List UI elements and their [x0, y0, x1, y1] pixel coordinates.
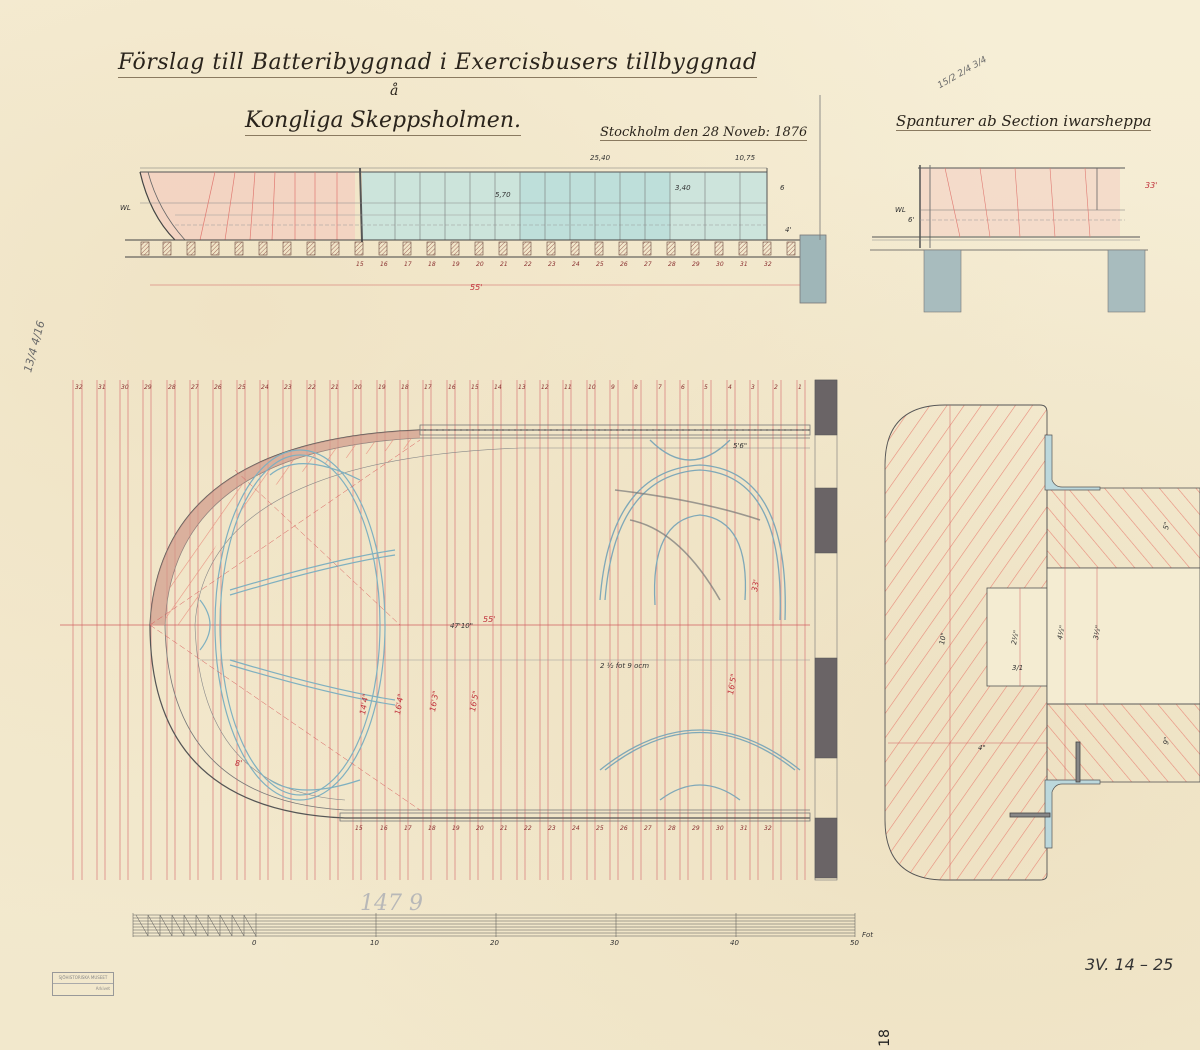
bay-dim: 5,70	[495, 191, 511, 199]
svg-text:26: 26	[620, 825, 628, 832]
svg-text:20: 20	[476, 825, 484, 832]
svg-text:32: 32	[75, 384, 83, 391]
svg-text:20: 20	[354, 384, 362, 391]
plan-frame-numbers-bottom: 15 16 17 18 19 20 21 22 23 24 25 26 27 2…	[355, 825, 772, 832]
svg-text:16: 16	[448, 384, 456, 391]
technical-drawing: 55' WL 25,40 10,75 5,70 3,40 6 4' 15 16 …	[0, 0, 1200, 1050]
svg-text:24: 24	[572, 261, 580, 268]
waterline-label: WL	[120, 204, 131, 212]
svg-text:17: 17	[424, 384, 432, 391]
svg-text:23: 23	[284, 384, 292, 391]
museum-stamp: SJÖHISTORISKA MUSEET Arkivet	[52, 972, 114, 996]
svg-text:27: 27	[644, 261, 652, 268]
scale-tick-0: 0	[252, 939, 257, 947]
svg-text:29: 29	[692, 261, 700, 268]
svg-text:18: 18	[428, 261, 436, 268]
svg-text:6: 6	[681, 384, 685, 391]
svg-text:32: 32	[764, 825, 772, 832]
height-mark-dim: 33'	[750, 579, 761, 593]
svg-text:26: 26	[214, 384, 222, 391]
svg-text:25: 25	[238, 384, 246, 391]
svg-text:21: 21	[331, 384, 339, 391]
svg-text:12: 12	[541, 384, 549, 391]
svg-text:23: 23	[548, 825, 556, 832]
centerline-dim: 47'10"	[450, 622, 473, 630]
svg-text:31: 31	[740, 261, 748, 268]
svg-text:19: 19	[452, 261, 460, 268]
scale-bar: 0 10 20 30 40 50 Fot 147 9	[133, 891, 873, 947]
stamp-line-2: Arkivet	[53, 984, 113, 994]
svg-text:16: 16	[380, 261, 388, 268]
svg-text:22: 22	[308, 384, 316, 391]
scale-tick-20: 20	[490, 939, 499, 947]
svg-text:13: 13	[518, 384, 526, 391]
overall-length-dim: 55'	[470, 283, 482, 292]
scale-pencil-note: 147 9	[360, 891, 423, 916]
svg-text:9: 9	[611, 384, 615, 391]
svg-text:19: 19	[378, 384, 386, 391]
svg-text:15: 15	[356, 261, 364, 268]
svg-text:18: 18	[428, 825, 436, 832]
sheet-number: 18	[877, 1029, 893, 1047]
detail-upper-dim: 5"	[1162, 521, 1171, 530]
depth-dim: 6	[780, 184, 785, 192]
svg-text:31: 31	[98, 384, 106, 391]
detail-lower-dim: 4"	[978, 744, 986, 752]
top-right-dim: 10,75	[735, 154, 756, 162]
svg-text:26: 26	[620, 261, 628, 268]
stamp-line-1: SJÖHISTORISKA MUSEET	[53, 973, 113, 984]
svg-text:21: 21	[500, 825, 508, 832]
section-view: WL 6' 33'	[870, 165, 1157, 312]
scale-tick-10: 10	[370, 939, 379, 947]
scale-tick-40: 40	[730, 939, 739, 947]
svg-text:28: 28	[668, 825, 676, 832]
plan-frame-numbers-top: 32 31 30 29 28 27 26 25 24 23 22 21 20 1…	[75, 384, 802, 391]
offset-56-dim: 5'6"	[733, 442, 747, 450]
svg-text:27: 27	[191, 384, 199, 391]
svg-text:22: 22	[524, 825, 532, 832]
offset-8-dim: 8'	[235, 759, 242, 768]
svg-text:15: 15	[471, 384, 479, 391]
svg-text:30: 30	[716, 825, 724, 832]
scale-tick-50: 50	[850, 939, 859, 947]
detail-inner-b: 3/1	[1012, 664, 1023, 672]
svg-text:28: 28	[668, 261, 676, 268]
elevation-frame-numbers: 15 16 17 18 19 20 21 22 23 24 25 26 27 2…	[356, 261, 772, 268]
svg-text:15: 15	[355, 825, 363, 832]
scale-tick-30: 30	[610, 939, 619, 947]
svg-text:27: 27	[644, 825, 652, 832]
scale-unit: Fot	[862, 931, 873, 939]
top-span-dim: 25,40	[590, 154, 611, 162]
plan-view: 32 31 30 29 28 27 26 25 24 23 22 21 20 1…	[60, 380, 837, 880]
svg-text:30: 30	[121, 384, 129, 391]
svg-text:29: 29	[692, 825, 700, 832]
detail-lower-right-dim: 9"	[1162, 736, 1171, 745]
frame-detail-view: 10" 2½" 3/1 4½" 3½" 4" 5" 9"	[885, 405, 1200, 880]
svg-text:1: 1	[798, 384, 802, 391]
svg-text:20: 20	[476, 261, 484, 268]
svg-text:28: 28	[168, 384, 176, 391]
svg-text:23: 23	[548, 261, 556, 268]
bay-dim-2: 3,40	[675, 184, 691, 192]
svg-text:30: 30	[716, 261, 724, 268]
svg-text:16: 16	[380, 825, 388, 832]
svg-text:25: 25	[596, 261, 604, 268]
svg-text:22: 22	[524, 261, 532, 268]
svg-text:25: 25	[596, 825, 604, 832]
svg-text:7: 7	[658, 384, 662, 391]
centerline-red-dim: 55'	[483, 615, 495, 624]
svg-text:11: 11	[564, 384, 572, 391]
offset-dim: 4'	[785, 226, 791, 234]
radius-dim-b: 16'4"	[393, 693, 406, 715]
svg-text:21: 21	[500, 261, 508, 268]
svg-text:17: 17	[404, 261, 412, 268]
svg-text:31: 31	[740, 825, 748, 832]
radius-dim-c: 16'3"	[428, 690, 441, 712]
svg-text:8: 8	[634, 384, 638, 391]
svg-text:17: 17	[404, 825, 412, 832]
svg-text:2: 2	[774, 384, 778, 391]
svg-text:3: 3	[751, 384, 755, 391]
section-waterline-label: WL	[895, 206, 906, 214]
section-height-dim: 6'	[908, 216, 914, 224]
svg-text:4: 4	[728, 384, 732, 391]
section-right-dim: 33'	[1145, 181, 1157, 190]
svg-text:19: 19	[452, 825, 460, 832]
plan-note: 2 ½ fot 9 ocm	[600, 662, 649, 670]
svg-text:18: 18	[401, 384, 409, 391]
svg-text:24: 24	[572, 825, 580, 832]
svg-text:32: 32	[764, 261, 772, 268]
elevation-view: 55' WL 25,40 10,75 5,70 3,40 6 4' 15 16 …	[120, 95, 826, 303]
svg-text:29: 29	[144, 384, 152, 391]
archive-reference: 3V. 14 – 25	[1085, 955, 1173, 974]
svg-text:5: 5	[704, 384, 708, 391]
svg-text:14: 14	[494, 384, 502, 391]
svg-text:10: 10	[588, 384, 596, 391]
svg-text:24: 24	[261, 384, 269, 391]
radius-dim-e: 16'5"	[726, 673, 739, 695]
